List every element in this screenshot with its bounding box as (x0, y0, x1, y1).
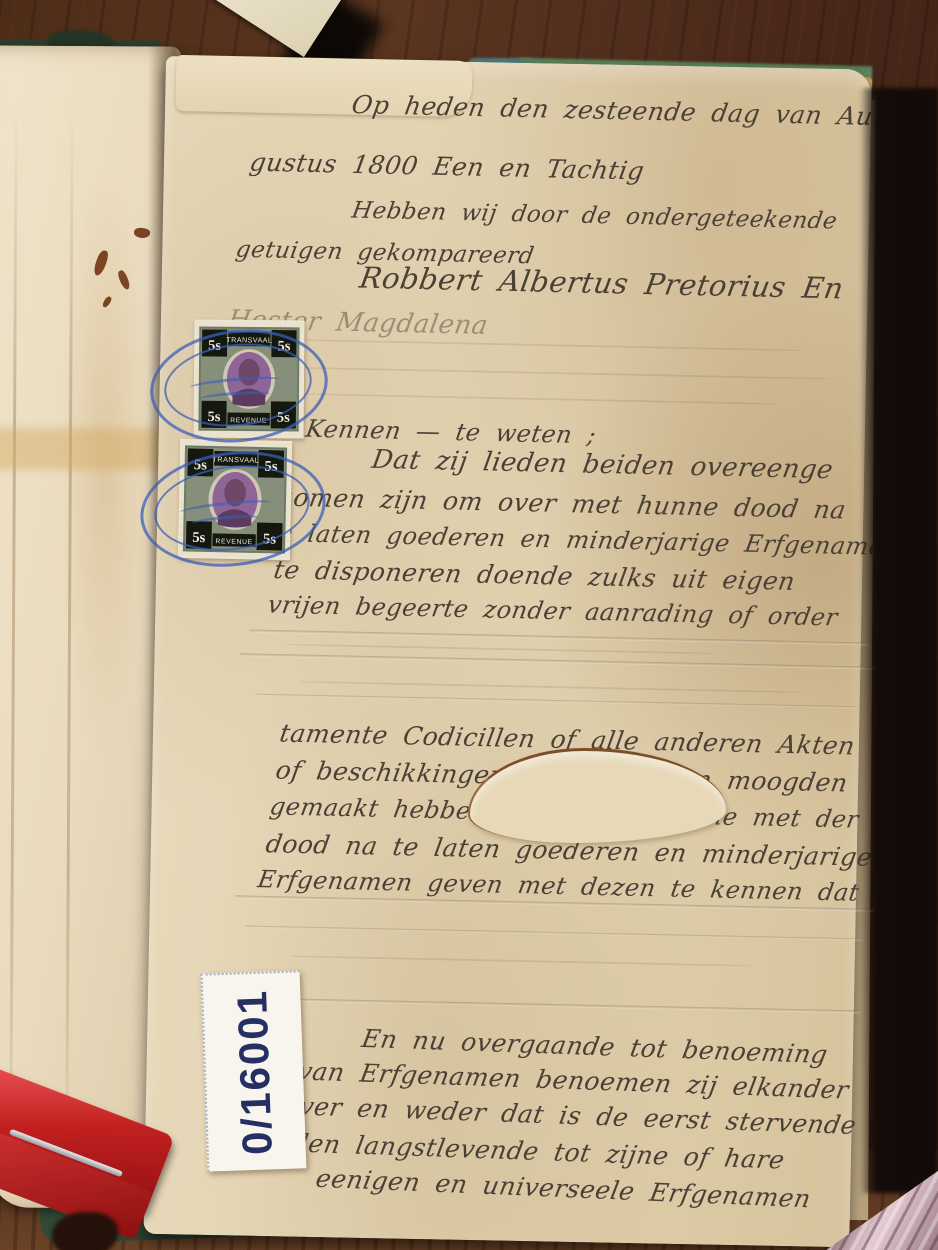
shadow-right-edge (860, 88, 938, 1193)
clamp-shadow (52, 1212, 118, 1250)
archive-reference-label: 0/16001 (201, 970, 307, 1171)
photo-of-archival-will-document: Op heden den zesteende dag van Augustus … (0, 0, 938, 1250)
vertical-crease (9, 106, 18, 1206)
vertical-crease (65, 106, 74, 1206)
reference-number: 0/16001 (228, 988, 282, 1155)
